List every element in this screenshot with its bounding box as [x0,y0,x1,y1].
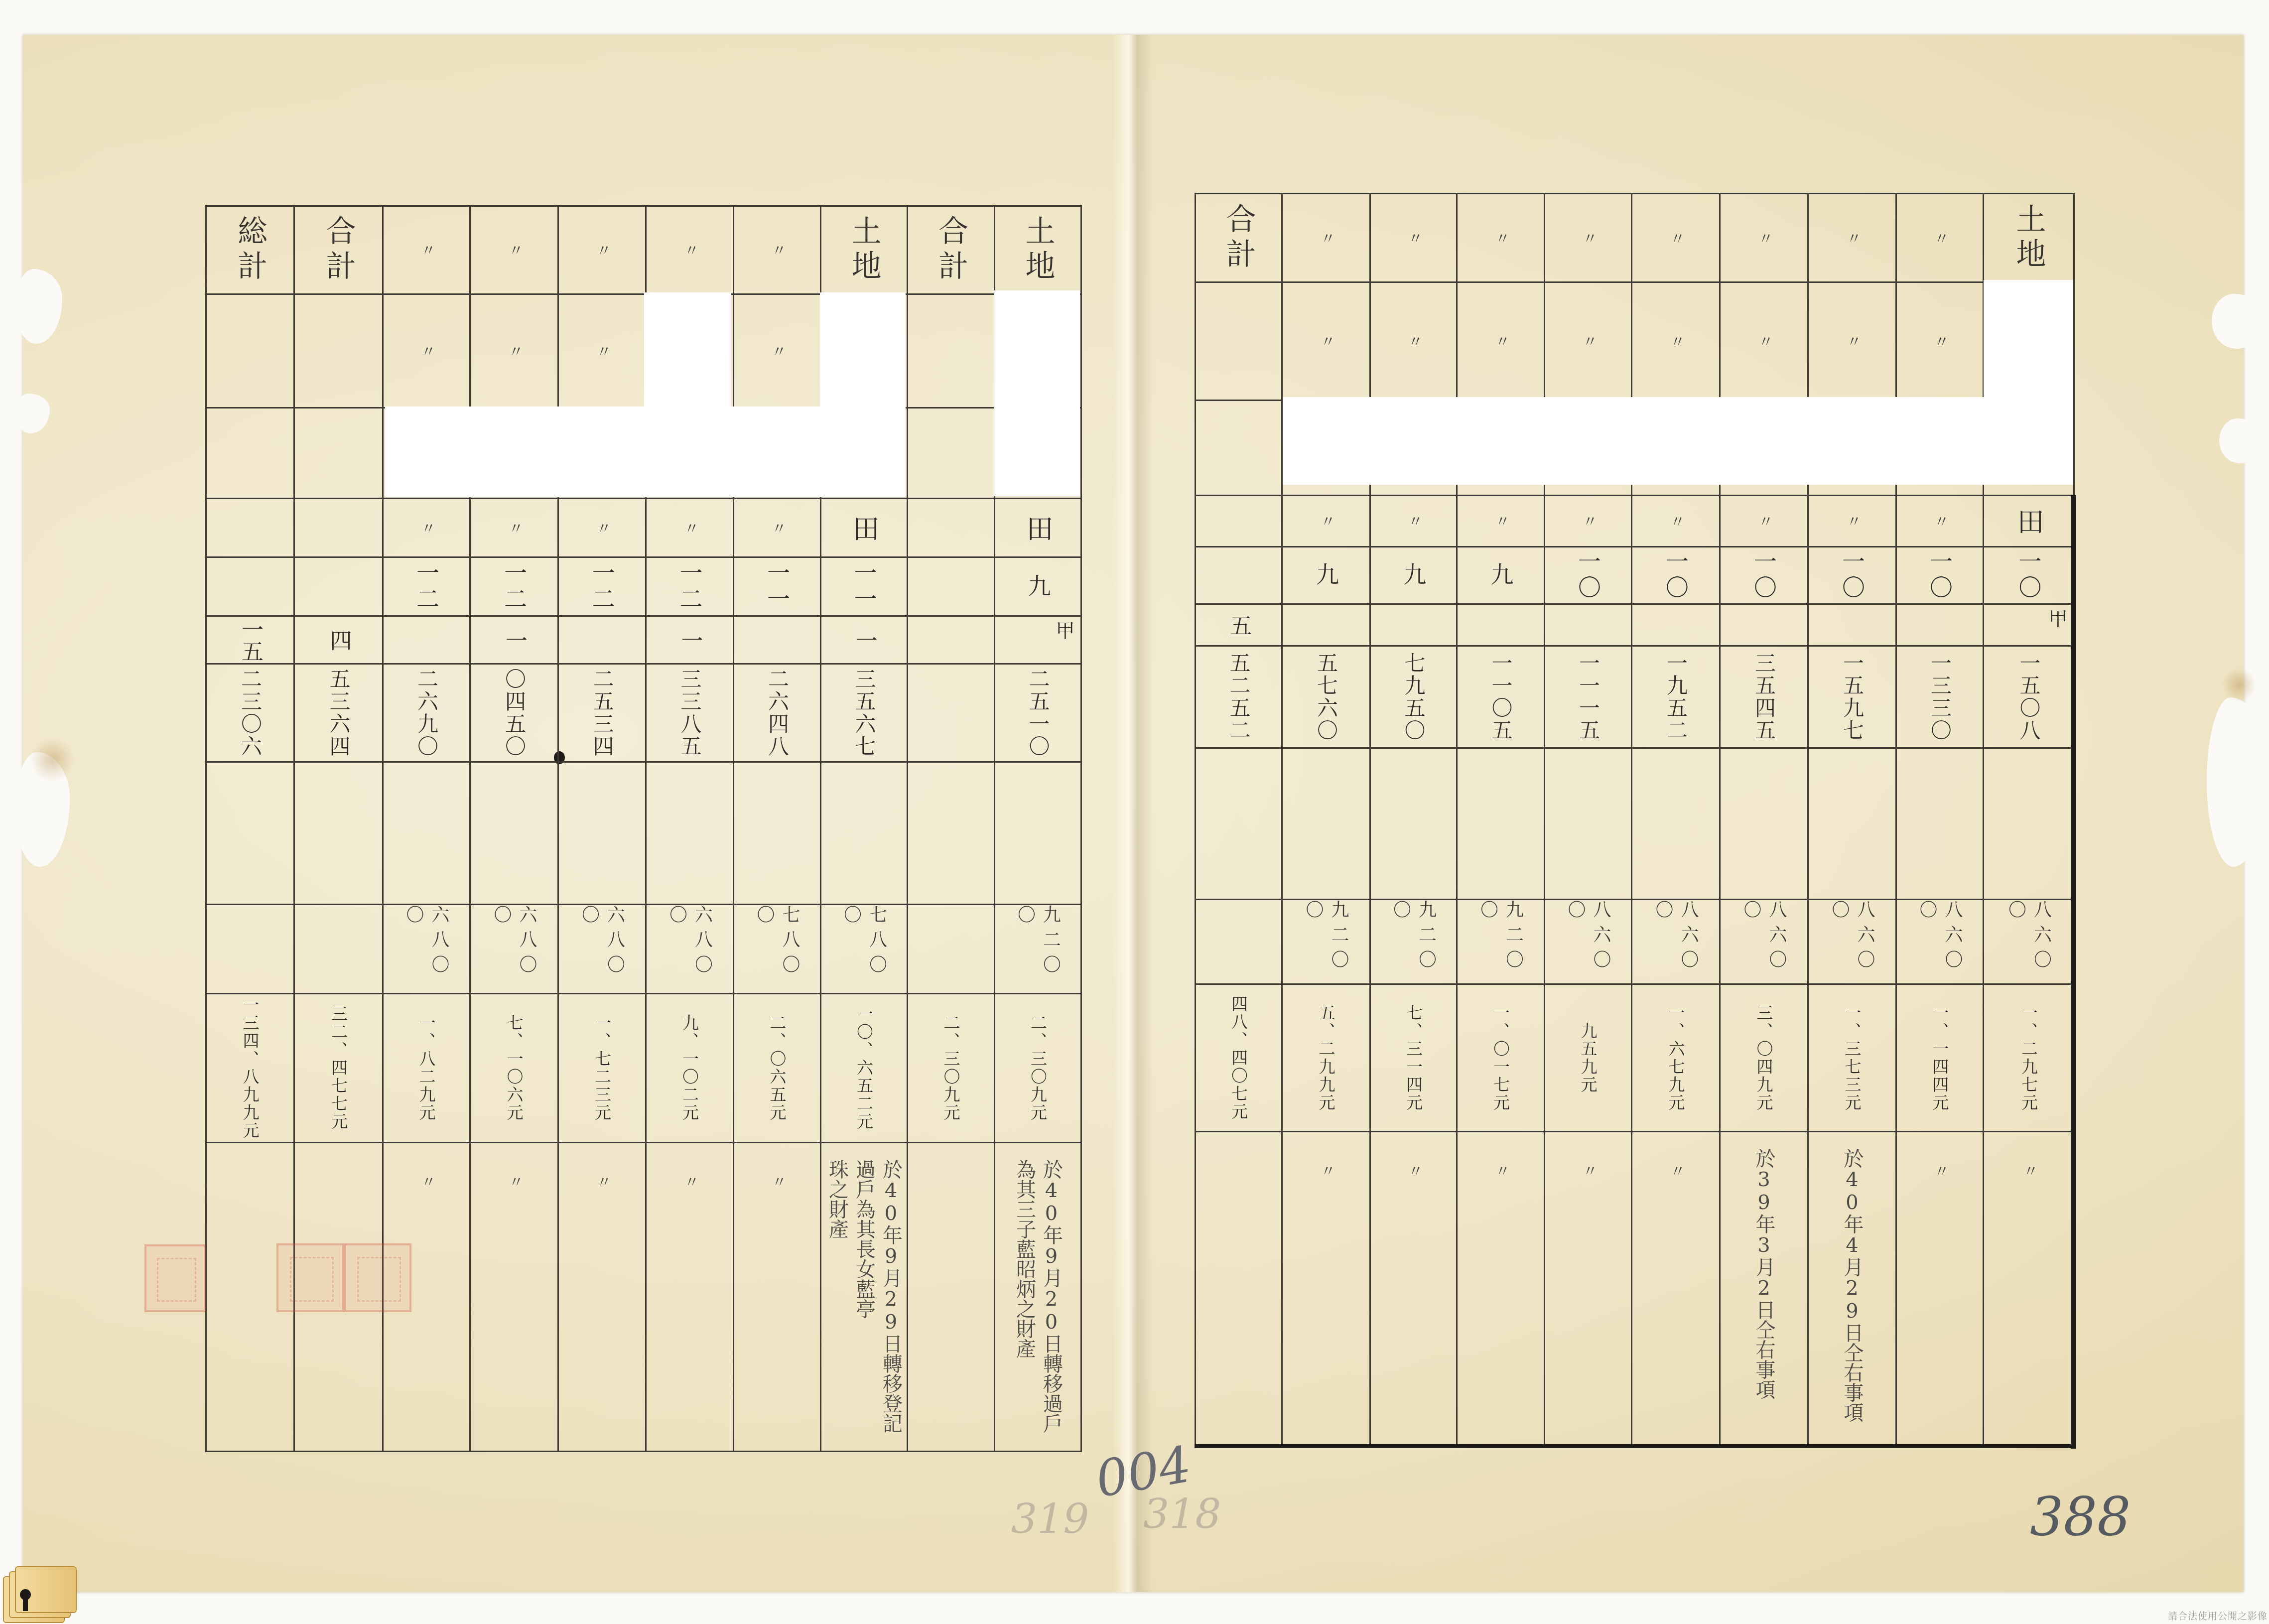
remarks-cell: 於40年4月29日仝右事項 [1809,1132,1897,1447]
blank-cell [1721,749,1809,900]
ditto-mark: 〃 [679,1159,700,1189]
unit-price-cell: 六八〇〇 [647,905,734,994]
land-type-cell: 〃 [1632,496,1721,547]
land-type-cell [908,499,995,558]
blank-cell [1458,749,1545,900]
unit-price-cell: 八六〇〇 [1897,900,1984,985]
area-jia-cell [1809,605,1897,647]
amount-cell: 二、三〇九元 [995,994,1082,1143]
amount-cell: 一、二九七元 [1984,985,2075,1132]
area-jia-cell [1371,605,1458,647]
unit-price-cell: 九二〇〇 [995,905,1082,994]
unit-price-cell: 六八〇〇 [384,905,471,994]
remark-line: 為其三子藍昭炳之財產 [1011,1159,1038,1358]
blank-cell [647,763,734,905]
row3-cell [295,408,384,499]
category-cell: 土地 [995,207,1082,295]
land-type-cell: 〃 [1897,496,1984,547]
land-type-cell: 〃 [647,499,734,558]
grade-cell: 一〇 [1721,547,1809,605]
blank-cell [1283,749,1371,900]
page-number-annotation: 388 [2030,1490,2131,1543]
row2-cell [908,295,995,408]
remarks-cell: 〃 [734,1143,821,1452]
row2-cell: 〃 [1458,283,1545,401]
blank-cell [559,763,647,905]
unit-price-cell [295,905,384,994]
redaction-block [1283,397,2073,485]
land-type-cell: 〃 [1283,496,1371,547]
torn-edge [2219,418,2264,463]
area-jia-cell [1632,605,1721,647]
row2-cell: 〃 [1632,283,1721,401]
area-jia-cell: 一五 [207,617,295,665]
unit-price-cell: 八六〇〇 [1632,900,1721,985]
unit-price-cell: 九二〇〇 [1371,900,1458,985]
category-cell: 〃 [1632,194,1721,283]
unit-price-cell: 九二〇〇 [1458,900,1545,985]
category-cell: 〃 [1897,194,1984,283]
area-decimal-cell [908,665,995,763]
grade-cell [1196,547,1283,605]
row2-cell [207,295,295,408]
remarks-cell [1196,1132,1283,1447]
row2-cell: 〃 [1809,283,1897,401]
grade-cell: 一〇 [1984,547,2075,605]
remarks-cell: 於39年3月2日仝右事項 [1721,1132,1809,1447]
area-jia-cell: 四 [295,617,384,665]
blank-cell [1984,749,2075,900]
category-cell: 総計 [207,207,295,295]
area-jia-cell: 一 [471,617,559,665]
unit-price-cell: 八六〇〇 [1809,900,1897,985]
ditto-mark: 〃 [504,1159,525,1189]
land-type-cell: 田 [821,499,908,558]
grade-cell: 九 [1283,547,1371,605]
ditto-mark: 〃 [1490,1148,1511,1178]
blank-cell [1809,749,1897,900]
amount-cell: 一、〇一七元 [1458,985,1545,1132]
land-type-cell: 〃 [1809,496,1897,547]
grade-cell: 一一 [821,558,908,617]
land-type-cell: 田 [1984,496,2075,547]
area-decimal-cell: 一五〇八 [1984,647,2075,749]
table-thick-border [2071,495,2076,1449]
blank-cell [1897,749,1984,900]
unit-price-cell: 八六〇〇 [1721,900,1809,985]
grade-cell [295,558,384,617]
category-cell: 〃 [384,207,471,295]
remark-line: 於40年4月29日仝右事項 [1839,1148,1866,1422]
area-jia-cell [1897,605,1984,647]
area-jia-cell: 甲 [995,617,1082,665]
area-decimal-cell: 五七六〇 [1283,647,1371,749]
grade-cell: 一〇 [1632,547,1721,605]
land-type-cell [1196,496,1283,547]
area-decimal-cell: 二六九〇 [384,665,471,763]
area-decimal-cell: 二五三四 [559,665,647,763]
page-fold [1113,35,1153,1592]
archive-logo-icon [0,1563,86,1624]
unit-price-cell: 六八〇〇 [559,905,647,994]
row2-cell: 〃 [559,295,647,408]
amount-cell: 一三四、八九九元 [207,994,295,1143]
grade-cell: 一二 [647,558,734,617]
area-jia-cell: 一 [647,617,734,665]
category-cell: 合計 [908,207,995,295]
ditto-mark: 〃 [2018,1148,2039,1178]
unit-price-cell: 七八〇〇 [734,905,821,994]
seal-stamp [276,1243,344,1312]
blank-cell [734,763,821,905]
grade-cell: 九 [1371,547,1458,605]
unit-price-cell [207,905,295,994]
unit-price-cell: 七八〇〇 [821,905,908,994]
remarks-cell: 〃 [1545,1132,1632,1447]
area-decimal-cell: 一九五二 [1632,647,1721,749]
grade-cell [908,558,995,617]
paper-stain [2222,668,2257,702]
category-cell: 〃 [647,207,734,295]
category-cell: 〃 [1545,194,1632,283]
amount-cell: 七、一〇六元 [471,994,559,1143]
grade-cell: 一一 [734,558,821,617]
land-type-cell: 田 [995,499,1082,558]
area-decimal-cell: 七九五〇 [1371,647,1458,749]
redaction-block [644,292,731,407]
unit-price-cell: 九二〇〇 [1283,900,1371,985]
amount-cell: 三二、四七七元 [295,994,384,1143]
amount-cell: 一、三七三元 [1809,985,1897,1132]
row3-cell [908,408,995,499]
blank-cell [995,763,1082,905]
grade-cell: 一〇 [1545,547,1632,605]
area-jia-cell [1283,605,1371,647]
category-cell: 〃 [1371,194,1458,283]
land-type-cell: 〃 [1545,496,1632,547]
row3-cell [207,408,295,499]
row2-cell [295,295,384,408]
area-jia-cell: 一 [821,617,908,665]
amount-cell: 二、三〇九元 [908,994,995,1143]
area-decimal-cell: 二六四八 [734,665,821,763]
blank-cell [207,763,295,905]
area-decimal-cell: 三三八五 [647,665,734,763]
remark-line: 於39年3月2日仝右事項 [1750,1148,1777,1399]
amount-cell: 一、八二九元 [384,994,471,1143]
category-cell: 〃 [471,207,559,295]
area-decimal-cell: 二三〇六 [207,665,295,763]
area-unit-label: 甲 [2043,609,2070,628]
row3-cell [1196,401,1283,496]
category-cell: 〃 [1809,194,1897,283]
area-decimal-cell: 五三六四 [295,665,384,763]
area-jia-cell: 甲 [1984,605,2075,647]
remarks-cell: 〃 [1283,1132,1371,1447]
area-unit-label: 甲 [1050,621,1077,640]
unit-price-cell [908,905,995,994]
area-decimal-cell: 一一一五 [1545,647,1632,749]
grade-cell: 一〇 [1809,547,1897,605]
land-type-cell [207,499,295,558]
unit-price-cell: 八六〇〇 [1545,900,1632,985]
seal-stamp [144,1244,206,1312]
remarks-cell: 〃 [1458,1132,1545,1447]
grade-cell: 一二 [384,558,471,617]
remarks-cell: 〃 [1371,1132,1458,1447]
row2-cell: 〃 [734,295,821,408]
redaction-block [385,406,906,497]
faint-page-number-left: 319 [1011,1499,1089,1540]
land-type-cell [295,499,384,558]
grade-cell: 一二 [471,558,559,617]
amount-cell: 五、二九九元 [1283,985,1371,1132]
ditto-mark: 〃 [1666,1148,1686,1178]
category-cell: 合計 [1196,194,1283,283]
area-jia-cell [734,617,821,665]
amount-cell: 一〇、六五二元 [821,994,908,1143]
area-jia-cell [908,617,995,665]
category-cell: 土地 [1984,194,2075,283]
row2-cell: 〃 [1371,283,1458,401]
area-jia-cell [1721,605,1809,647]
category-cell: 〃 [1721,194,1809,283]
ditto-mark: 〃 [1578,1148,1599,1178]
land-type-cell: 〃 [1721,496,1809,547]
land-type-cell: 〃 [559,499,647,558]
ditto-mark: 〃 [1316,1148,1336,1178]
remark-line: 於40年9月29日轉移登記 [878,1159,905,1433]
grade-cell: 九 [1458,547,1545,605]
area-decimal-cell: 一三三〇 [1897,647,1984,749]
remark-line: 過戶為其長女藍亭 [851,1159,878,1319]
category-cell: 〃 [559,207,647,295]
area-decimal-cell: 三五四五 [1721,647,1809,749]
table-thick-border [1195,1444,2076,1448]
amount-cell: 四八、四〇七元 [1196,985,1283,1132]
amount-cell: 一、六七九元 [1632,985,1721,1132]
grade-cell: 一〇 [1897,547,1984,605]
ditto-mark: 〃 [416,1159,437,1189]
blank-cell [295,763,384,905]
land-type-cell: 〃 [734,499,821,558]
blank-cell [1371,749,1458,900]
area-decimal-cell: 二五一〇 [995,665,1082,763]
ditto-mark: 〃 [592,1159,612,1189]
area-decimal-cell: 一一〇五 [1458,647,1545,749]
ditto-mark: 〃 [1403,1148,1424,1178]
blank-cell [1545,749,1632,900]
area-decimal-cell: 一五九七 [1809,647,1897,749]
blank-cell [908,763,995,905]
blank-cell [821,763,908,905]
remarks-cell [908,1143,995,1452]
row2-cell: 〃 [1897,283,1984,401]
grade-cell: 九 [995,558,1082,617]
remarks-cell: 〃 [1984,1132,2075,1447]
remarks-cell: 〃 [1897,1132,1984,1447]
redaction-block [994,290,1080,496]
area-jia-cell: 五 [1196,605,1283,647]
blank-cell [1196,749,1283,900]
amount-cell: 一、七二三元 [559,994,647,1143]
amount-cell: 九、一〇二元 [647,994,734,1143]
row2-cell: 〃 [471,295,559,408]
area-jia-cell [1545,605,1632,647]
right-page-ledger-table: 土地 〃 〃 〃 〃 〃 〃 〃 〃 合計 〃 〃 〃 〃 〃 〃 〃 〃 田 … [1195,193,2075,1447]
land-type-cell: 〃 [1458,496,1545,547]
row2-cell [1196,283,1283,401]
unit-price-cell: 八六〇〇 [1984,900,2075,985]
category-cell: 〃 [1458,194,1545,283]
remark-line: 珠之財產 [824,1159,851,1239]
remarks-cell: 〃 [1632,1132,1721,1447]
row2-cell: 〃 [384,295,471,408]
remark-line: 於40年9月20日轉移過戶 [1038,1159,1065,1433]
ditto-mark: 〃 [767,1159,788,1189]
category-cell: 土地 [821,207,908,295]
faint-page-number-right: 318 [1143,1494,1221,1535]
row2-cell: 〃 [1721,283,1809,401]
row2-cell: 〃 [1545,283,1632,401]
land-type-cell: 〃 [1371,496,1458,547]
blank-cell [471,763,559,905]
torn-edge [2212,294,2267,349]
remarks-cell: 〃 [471,1143,559,1452]
paper-stain [30,737,75,782]
area-jia-cell [1458,605,1545,647]
torn-edge [2207,697,2267,867]
land-type-cell: 〃 [471,499,559,558]
seal-stamp [344,1243,411,1312]
blank-cell [384,763,471,905]
blank-cell [1632,749,1721,900]
category-cell: 〃 [1283,194,1371,283]
land-type-cell: 〃 [384,499,471,558]
amount-cell: 二、〇六五元 [734,994,821,1143]
grade-cell: 一二 [559,558,647,617]
row2-cell: 〃 [1283,283,1371,401]
remarks-cell: 〃 [647,1143,734,1452]
category-cell: 〃 [734,207,821,295]
ditto-mark: 〃 [1930,1148,1950,1178]
unit-price-cell [1196,900,1283,985]
area-decimal-cell: 〇四五〇 [471,665,559,763]
remarks-cell: 〃 [559,1143,647,1452]
remarks-cell: 於40年9月20日轉移過戶 為其三子藍昭炳之財產 [995,1143,1082,1452]
area-decimal-cell: 五二五二 [1196,647,1283,749]
watermark-text: 請合法使用公開之影像 [2168,1609,2268,1623]
area-jia-cell [559,617,647,665]
unit-price-cell: 六八〇〇 [471,905,559,994]
amount-cell: 七、三一四元 [1371,985,1458,1132]
category-cell: 合計 [295,207,384,295]
area-decimal-cell: 三五六七 [821,665,908,763]
amount-cell: 三、〇四九元 [1721,985,1809,1132]
grade-cell [207,558,295,617]
area-jia-cell [384,617,471,665]
remarks-cell: 於40年9月29日轉移登記 過戶為其長女藍亭 珠之財產 [821,1143,908,1452]
amount-cell: 九五九元 [1545,985,1632,1132]
amount-cell: 一、一四四元 [1897,985,1984,1132]
